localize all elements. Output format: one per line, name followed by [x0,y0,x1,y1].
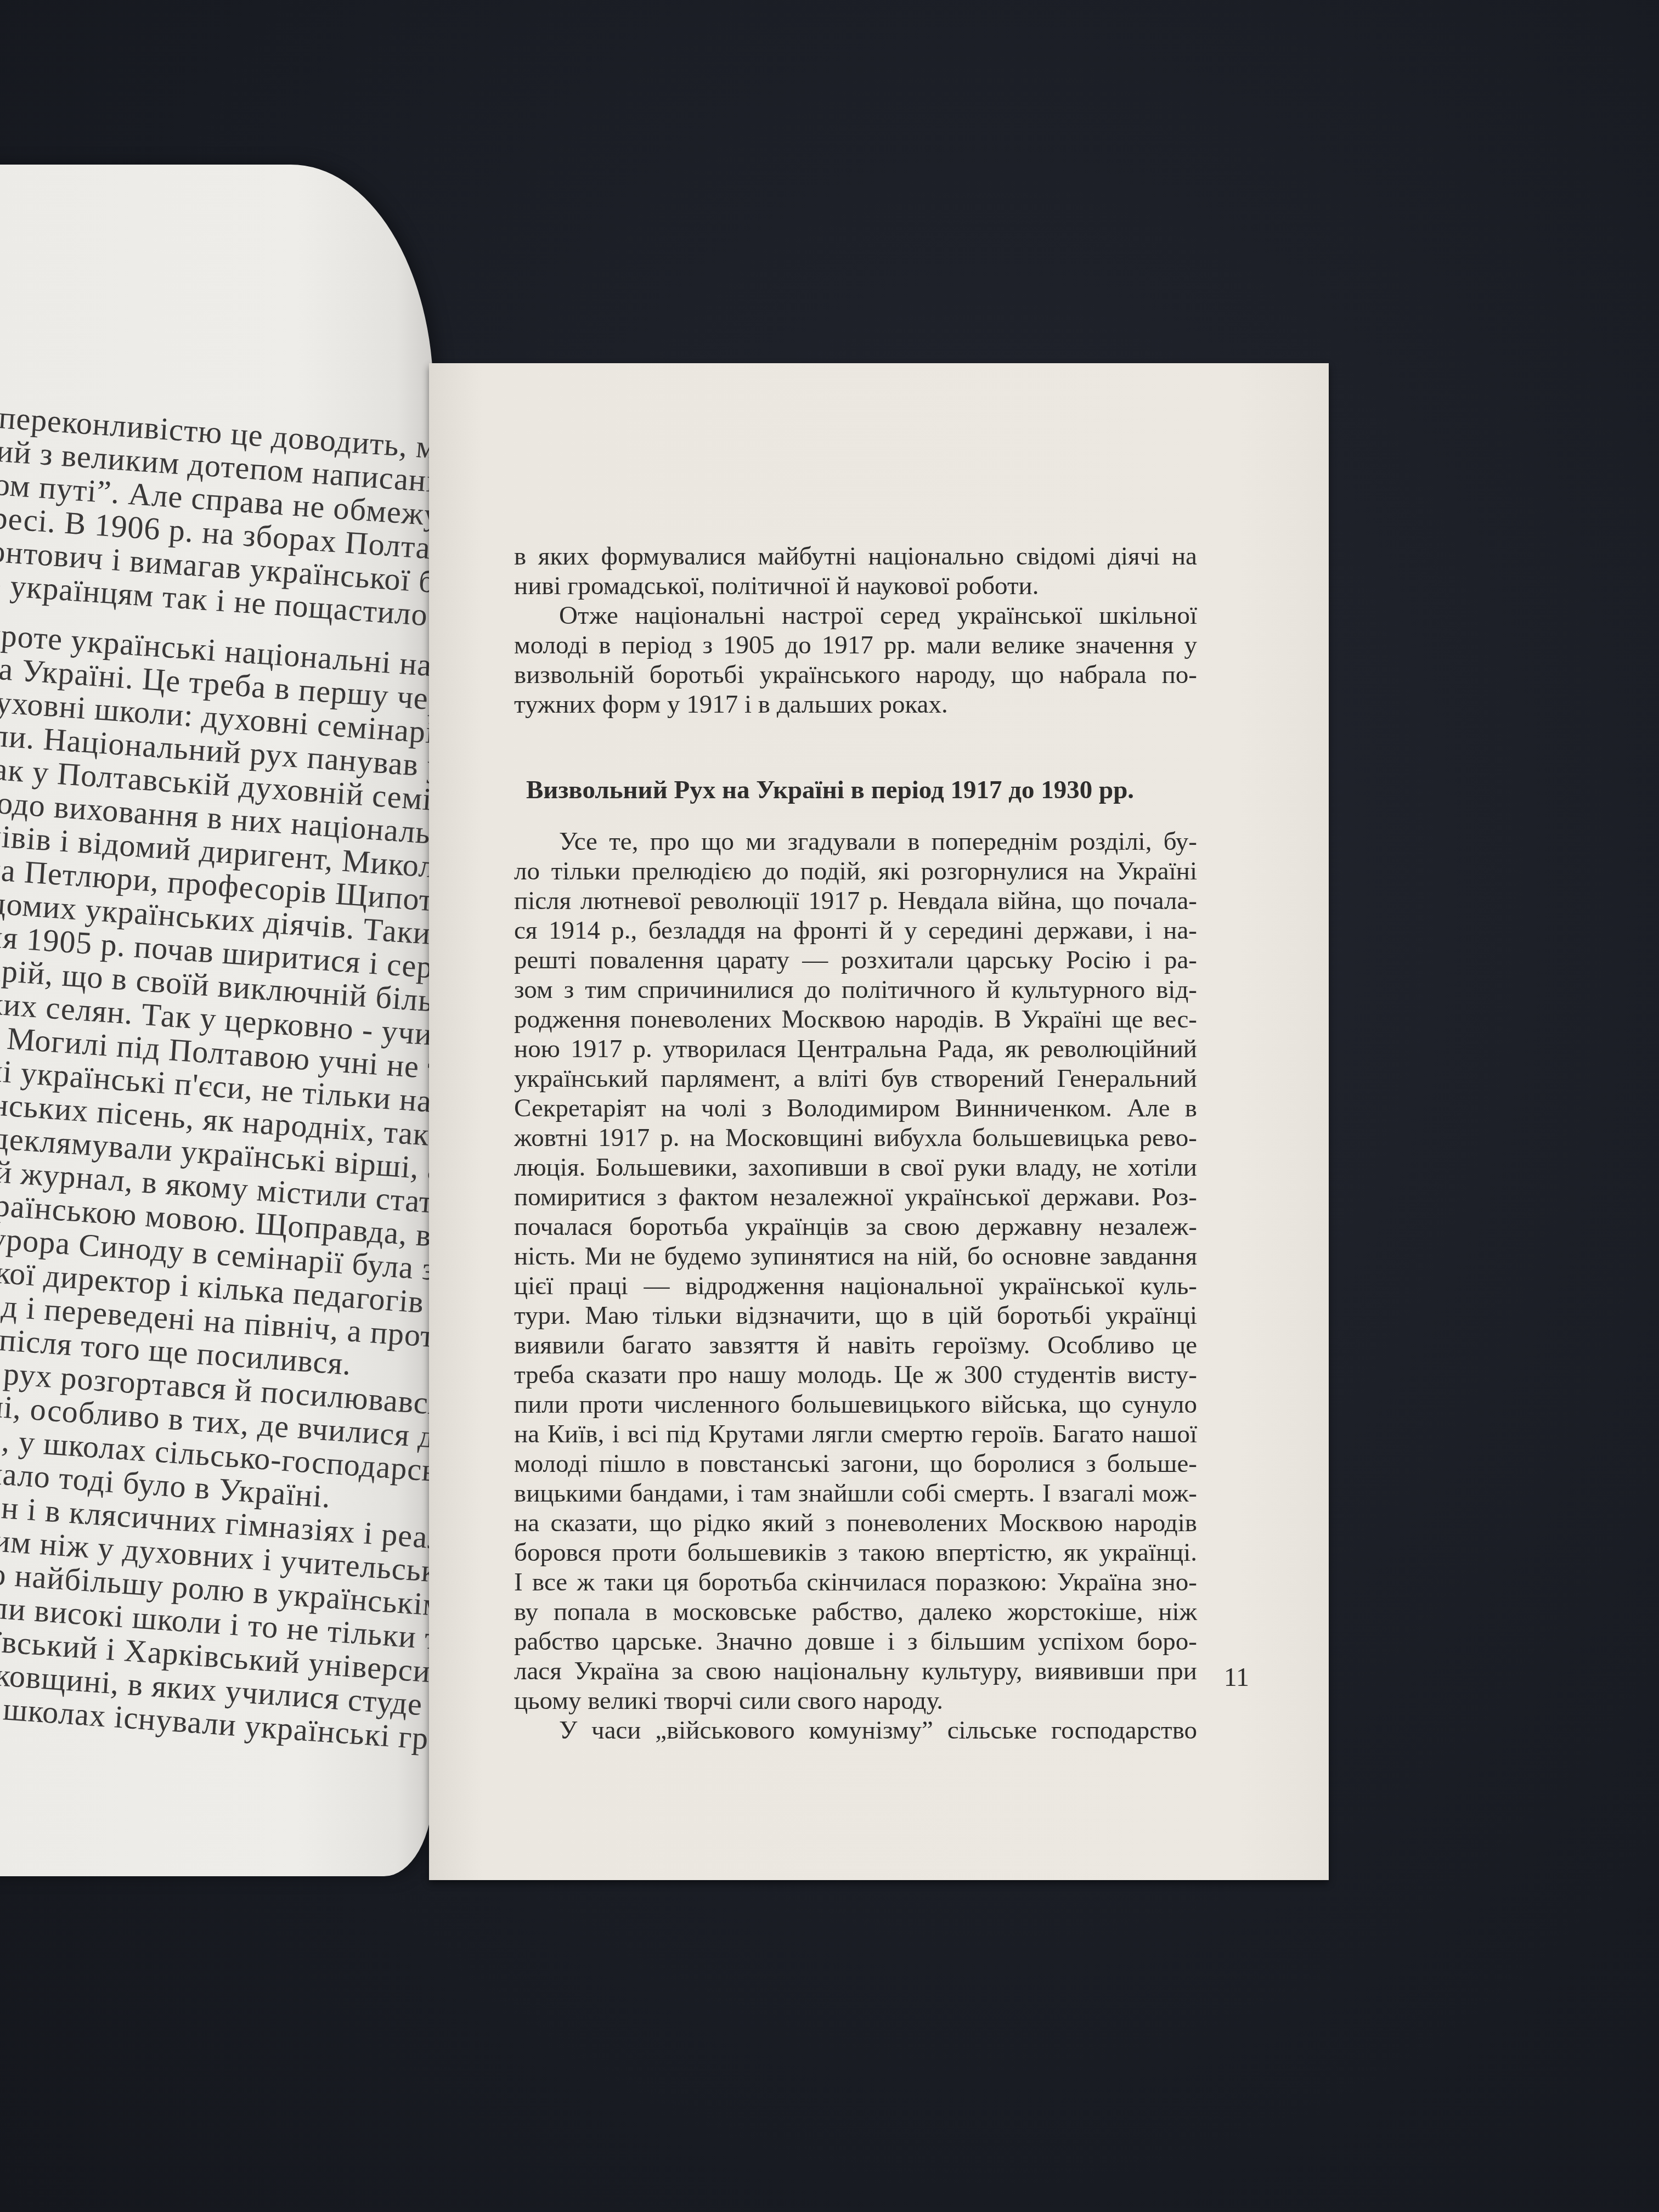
text-line: визвольній боротьбі українського народу,… [514,660,1197,690]
text-line: треба сказати про нашу молодь. Це ж 300 … [514,1360,1197,1390]
left-page-text: переконливістю це доводить, між іншим, Б… [0,400,433,1750]
text-line: український парлямент, а влітi був створ… [514,1064,1197,1093]
text-line: Отже національні настрої серед українськ… [514,601,1197,630]
text-line: молоді в період з 1905 до 1917 рр. мали … [514,630,1197,660]
text-line: ся 1914 р., безладдя на фронті й у серед… [514,916,1197,945]
text-line: в яких формувалися майбутні національно … [514,541,1197,571]
page-number: 11 [1224,1662,1249,1692]
paragraph-3: Усе те, про що ми згадували в попереднім… [514,827,1197,1716]
paragraph-4: У часи „військового комунізму” сільське … [514,1716,1197,1745]
text-line: на Київ, і всі під Крутами лягли смертю … [514,1419,1197,1449]
text-line: почалася боротьба українців за свою держ… [514,1212,1197,1242]
text-line: люція. Большевики, захопивши в свої руки… [514,1153,1197,1182]
paragraph-2: Отже національні настрої серед українськ… [514,601,1197,719]
text-line: цьому великі творчі сили свого народу. [514,1686,1197,1716]
left-page: переконливістю це доводить, між іншим, Б… [0,165,433,1876]
text-line: на сказати, що рідко який з поневолених … [514,1508,1197,1538]
text-line: І все ж таки ця боротьба скінчилася пора… [514,1567,1197,1597]
text-line: жовтні 1917 р. на Московщині вибухла бол… [514,1123,1197,1153]
text-line: молоді пішло в повстанські загони, що бо… [514,1449,1197,1479]
text-line: боровся проти большевиків з такою вперті… [514,1538,1197,1567]
text-line: після лютневої революції 1917 р. Невдала… [514,886,1197,916]
text-line: зом з тим спричинилися до політичного й … [514,975,1197,1005]
text-line: тури. Маю тільки відзначити, що в цій бо… [514,1301,1197,1330]
text-line: Усе те, про що ми згадували в попереднім… [514,827,1197,856]
text-line: ною 1917 р. утворилася Центральна Рада, … [514,1034,1197,1064]
right-page: в яких формувалися майбутні національно … [429,363,1329,1880]
text-line: вицькими бандами, і там знайшли собі сме… [514,1479,1197,1508]
text-line: тужних форм у 1917 і в дальших роках. [514,690,1197,719]
text-line: решті повалення царату — розхитали царсь… [514,945,1197,975]
section-heading: Визвольний Рух на Україні в період 1917 … [526,775,1197,805]
text-line: пили проти численного большевицького вій… [514,1390,1197,1419]
text-line: ниві громадської, політичної й наукової … [514,571,1197,601]
text-line: ність. Ми не будемо зупинятися на ній, б… [514,1242,1197,1271]
text-line: рабство царське. Значно довше і з більши… [514,1627,1197,1656]
right-page-text: в яких формувалися майбутні національно … [514,541,1197,1745]
text-line: помиритися з фактом незалежної українськ… [514,1182,1197,1212]
text-line: виявили багато завзяття й навіть героїзм… [514,1330,1197,1360]
text-line: Секретаріят на чолі з Володимиром Виннич… [514,1093,1197,1123]
text-line: цієї праці — відродження національної ук… [514,1271,1197,1301]
text-line: лася Україна за свою національну культур… [514,1656,1197,1686]
text-line: У часи „військового комунізму” сільське … [514,1716,1197,1745]
text-line: ло тільки прелюдією до подій, які розгор… [514,856,1197,886]
paragraph-1: в яких формувалися майбутні національно … [514,541,1197,601]
text-line: ву попала в московське рабство, далеко ж… [514,1597,1197,1627]
text-line: родження поневолених Москвою народів. В … [514,1005,1197,1034]
